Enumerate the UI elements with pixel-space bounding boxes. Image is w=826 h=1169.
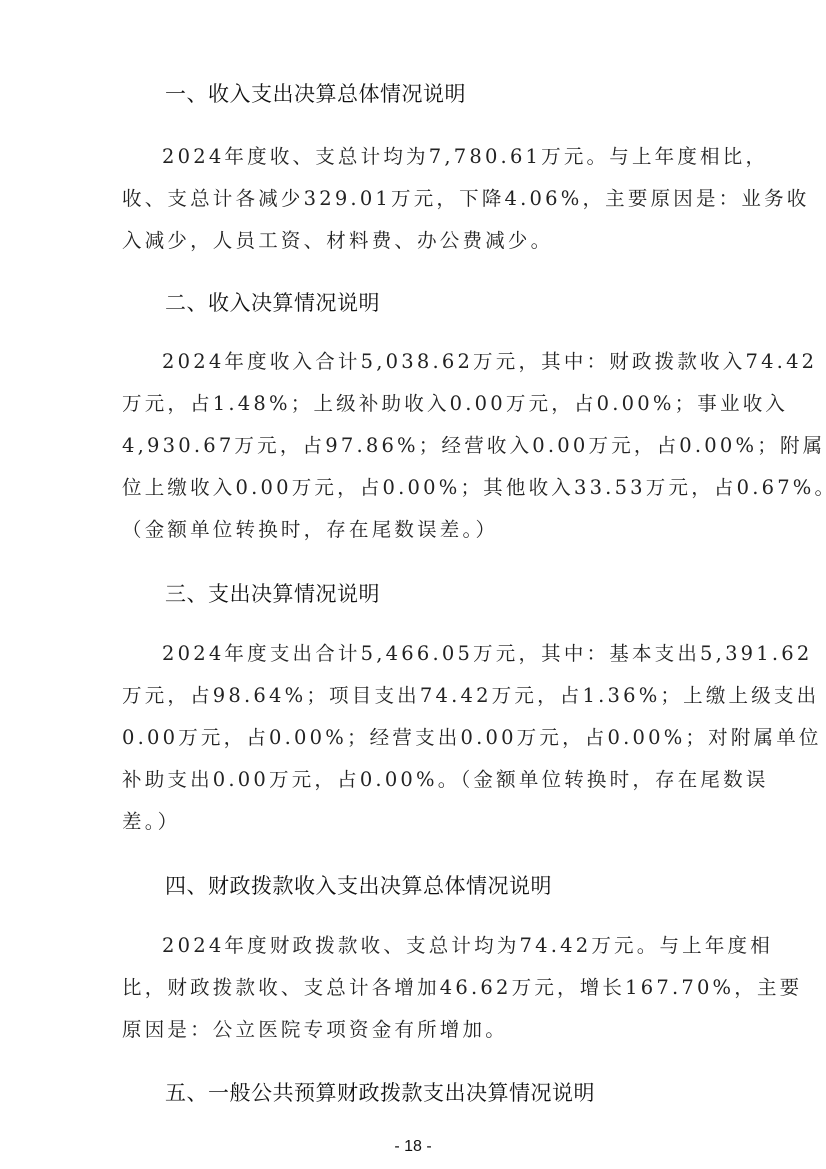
paragraph-line: 0.00万元，占0.00%；经营支出0.00万元，占0.00%；对附属单位 — [122, 717, 722, 759]
paragraph-line: 比，财政拨款收、支总计各增加46.62万元，增长167.70%，主要 — [122, 967, 722, 1009]
paragraph-line: 位上缴收入0.00万元，占0.00%；其他收入33.53万元，占0.67%。 — [122, 467, 722, 509]
section-4-heading: 四、财政拨款收入支出决算总体情况说明 — [165, 870, 552, 900]
paragraph-line: 2024年度财政拨款收、支总计均为74.42万元。与上年度相 — [122, 925, 722, 967]
paragraph-line: 4,930.67万元，占97.86%；经营收入0.00万元，占0.00%；附属单 — [122, 425, 722, 467]
page-number: - 18 - — [0, 1138, 826, 1156]
paragraph-line: （金额单位转换时，存在尾数误差。） — [122, 509, 722, 551]
section-3-paragraph: 2024年度支出合计5,466.05万元，其中：基本支出5,391.62 万元，… — [122, 633, 722, 843]
section-1-paragraph: 2024年度收、支总计均为7,780.61万元。与上年度相比， 收、支总计各减少… — [122, 136, 722, 262]
section-3-heading: 三、支出决算情况说明 — [165, 578, 380, 608]
section-4-paragraph: 2024年度财政拨款收、支总计均为74.42万元。与上年度相 比，财政拨款收、支… — [122, 925, 722, 1051]
paragraph-line: 万元，占1.48%；上级补助收入0.00万元，占0.00%；事业收入 — [122, 383, 722, 425]
paragraph-line: 原因是：公立医院专项资金有所增加。 — [122, 1009, 722, 1051]
paragraph-line: 差。） — [122, 801, 722, 843]
paragraph-line: 2024年度收、支总计均为7,780.61万元。与上年度相比， — [122, 136, 722, 178]
paragraph-line: 入减少，人员工资、材料费、办公费减少。 — [122, 220, 722, 262]
paragraph-line: 2024年度支出合计5,466.05万元，其中：基本支出5,391.62 — [122, 633, 722, 675]
section-1-heading: 一、收入支出决算总体情况说明 — [165, 78, 466, 108]
paragraph-line: 2024年度收入合计5,038.62万元，其中：财政拨款收入74.42 — [122, 341, 722, 383]
section-2-paragraph: 2024年度收入合计5,038.62万元，其中：财政拨款收入74.42 万元，占… — [122, 341, 722, 551]
paragraph-line: 补助支出0.00万元，占0.00%。（金额单位转换时，存在尾数误 — [122, 759, 722, 801]
section-5-heading: 五、一般公共预算财政拨款支出决算情况说明 — [165, 1077, 595, 1107]
paragraph-line: 万元，占98.64%；项目支出74.42万元，占1.36%；上缴上级支出 — [122, 675, 722, 717]
paragraph-line: 收、支总计各减少329.01万元，下降4.06%，主要原因是：业务收 — [122, 178, 722, 220]
document-page: 一、收入支出决算总体情况说明 2024年度收、支总计均为7,780.61万元。与… — [0, 0, 826, 1169]
section-2-heading: 二、收入决算情况说明 — [165, 287, 380, 317]
